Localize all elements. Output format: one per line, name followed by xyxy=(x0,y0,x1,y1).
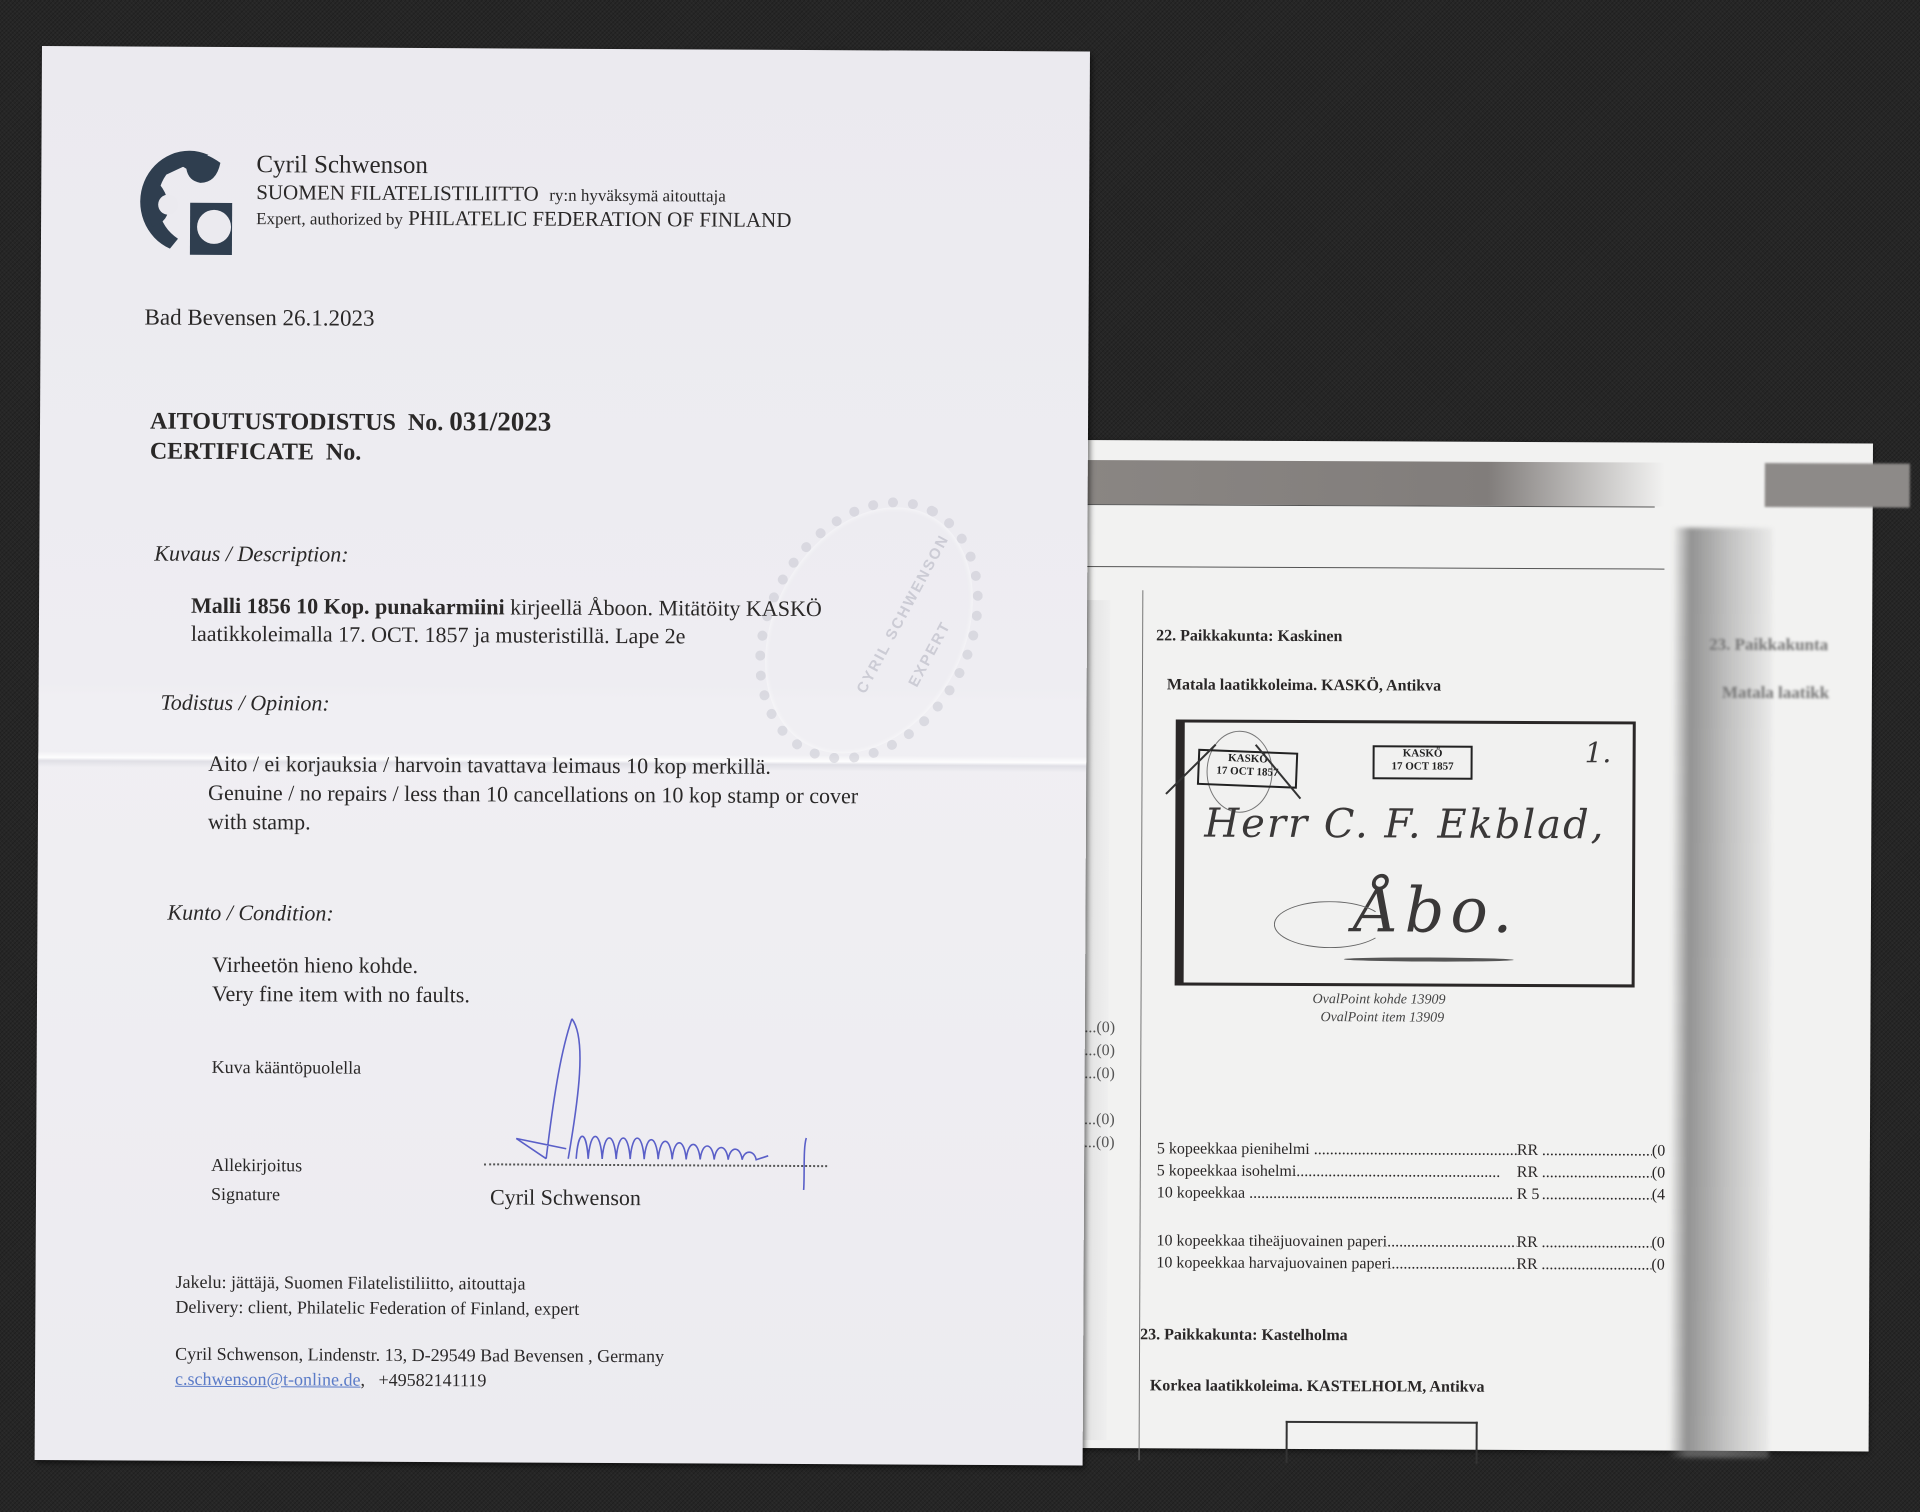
cover-image: KASKÖ 17 OCT 1857 KASKÖ 17 OCT 1857 1. H… xyxy=(1175,719,1636,987)
cs-logo-icon xyxy=(138,147,234,257)
scan-shadow-band-right xyxy=(1765,463,1910,508)
section-22-heading: 22. Paikkakunta: Kaskinen xyxy=(1156,627,1342,646)
contact-line: c.schwenson@t-online.de, +49582141119 xyxy=(175,1369,486,1392)
opinion-line-1: Aito / ei korjauksia / harvoin tavattava… xyxy=(208,751,771,780)
ghost-heading: 23. Paikkakunta xyxy=(1709,635,1828,656)
description-line-2: laatikkoleimalla 17. OCT. 1857 ja muster… xyxy=(191,621,686,650)
certificate-number: 031/2023 xyxy=(449,406,551,437)
cover-caption-fi: OvalPoint kohde 13909 xyxy=(1313,992,1446,1009)
price-row: 5 kopeekkaa isohelmi....................… xyxy=(1157,1162,1717,1186)
authorized-line: Expert, authorized by PHILATELIC FEDERAT… xyxy=(256,205,791,233)
left-value: ...(0) xyxy=(1084,1108,1115,1131)
left-column-values: ...(0) ...(0) ...(0) ...(0) ...(0) xyxy=(1084,1016,1115,1154)
price-row: 10 kopeekkaa tiheäjuovainen paperi......… xyxy=(1156,1232,1716,1256)
opinion-line-3: with stamp. xyxy=(208,809,311,836)
certificate-title-en: CERTIFICATE No. xyxy=(150,439,362,467)
cover-caption-en: OvalPoint item 13909 xyxy=(1320,1010,1444,1027)
left-value: ...(0) xyxy=(1084,1131,1115,1154)
image-note: Kuva kääntöpuolella xyxy=(212,1057,362,1079)
price-row: 10 kopeekkaa harvajuovainen paperi......… xyxy=(1156,1254,1716,1278)
signature-label-en: Signature xyxy=(211,1184,280,1205)
federation-fi-line: SUOMEN FILATELISTILIITTO ry:n hyväksymä … xyxy=(256,180,726,207)
left-value: ...(0) xyxy=(1084,1039,1115,1062)
cover-flourish xyxy=(1274,901,1386,948)
section-23-subheading: Korkea laatikkoleima. KASTELHOLM, Antikv… xyxy=(1150,1377,1485,1396)
condition-heading: Kunto / Condition: xyxy=(167,900,333,927)
section-22-subheading: Matala laatikkoleima. KASKÖ, Antikva xyxy=(1167,676,1441,695)
price-list: 5 kopeekkaa pienihelmi .................… xyxy=(1156,1140,1717,1278)
box-postmark-1: KASKÖ 17 OCT 1857 xyxy=(1197,749,1298,789)
address: Cyril Schwenson, Lindenstr. 13, D-29549 … xyxy=(175,1344,664,1368)
condition-line-1: Virheetön hieno kohde. xyxy=(212,952,418,979)
section-23-cover-image xyxy=(1286,1421,1478,1464)
distribution-fi: Jakelu: jättäjä, Suomen Filatelistiliitt… xyxy=(175,1272,525,1295)
opinion-line-2: Genuine / no repairs / less than 10 canc… xyxy=(208,780,858,809)
signature-label-fi: Allekirjoitus xyxy=(211,1155,302,1176)
phone-number: +49582141119 xyxy=(378,1370,486,1391)
cover-number: 1. xyxy=(1585,736,1612,769)
box-postmark-2: KASKÖ 17 OCT 1857 xyxy=(1373,745,1473,779)
handwritten-signature xyxy=(506,1008,837,1195)
opinion-heading: Todistus / Opinion: xyxy=(160,690,329,717)
distribution-en: Delivery: client, Philatelic Federation … xyxy=(175,1297,579,1320)
condition-line-2: Very fine item with no faults. xyxy=(212,981,470,1008)
scan-shadow-band xyxy=(1075,460,1665,507)
price-row: 5 kopeekkaa pienihelmi .................… xyxy=(1157,1140,1717,1164)
cover-addressee: Herr C. F. Ekblad, xyxy=(1204,801,1605,849)
rule-line xyxy=(1074,566,1664,570)
catalog-page: ...(0) ...(0) ...(0) ...(0) ...(0) 22. P… xyxy=(1071,440,1873,1451)
certificate-paper: CYRIL SCHWENSON EXPERT Cyril Schwenson S… xyxy=(35,46,1090,1465)
ghost-subheading: Matala laatikk xyxy=(1722,683,1829,703)
email-link[interactable]: c.schwenson@t-online.de xyxy=(175,1369,361,1390)
scan-shadow-column xyxy=(1669,528,1773,1458)
section-23-heading: 23. Paikkakunta: Kastelholma xyxy=(1140,1326,1348,1345)
description-line-1: Malli 1856 10 Kop. punakarmiini kirjeell… xyxy=(191,593,822,622)
expert-name: Cyril Schwenson xyxy=(256,151,428,180)
place-date: Bad Bevensen 26.1.2023 xyxy=(145,305,375,332)
certificate-title-fi: AITOUTUSTODISTUS No. 031/2023 xyxy=(150,405,551,438)
embossed-seal xyxy=(710,457,1028,803)
price-row: 10 kopeekkaa ...........................… xyxy=(1157,1184,1717,1208)
description-heading: Kuvaus / Description: xyxy=(154,541,348,568)
signatory-name: Cyril Schwenson xyxy=(490,1184,641,1211)
left-value: ...(0) xyxy=(1084,1062,1115,1085)
left-value: ...(0) xyxy=(1084,1016,1115,1039)
cover-underline xyxy=(1344,957,1514,962)
